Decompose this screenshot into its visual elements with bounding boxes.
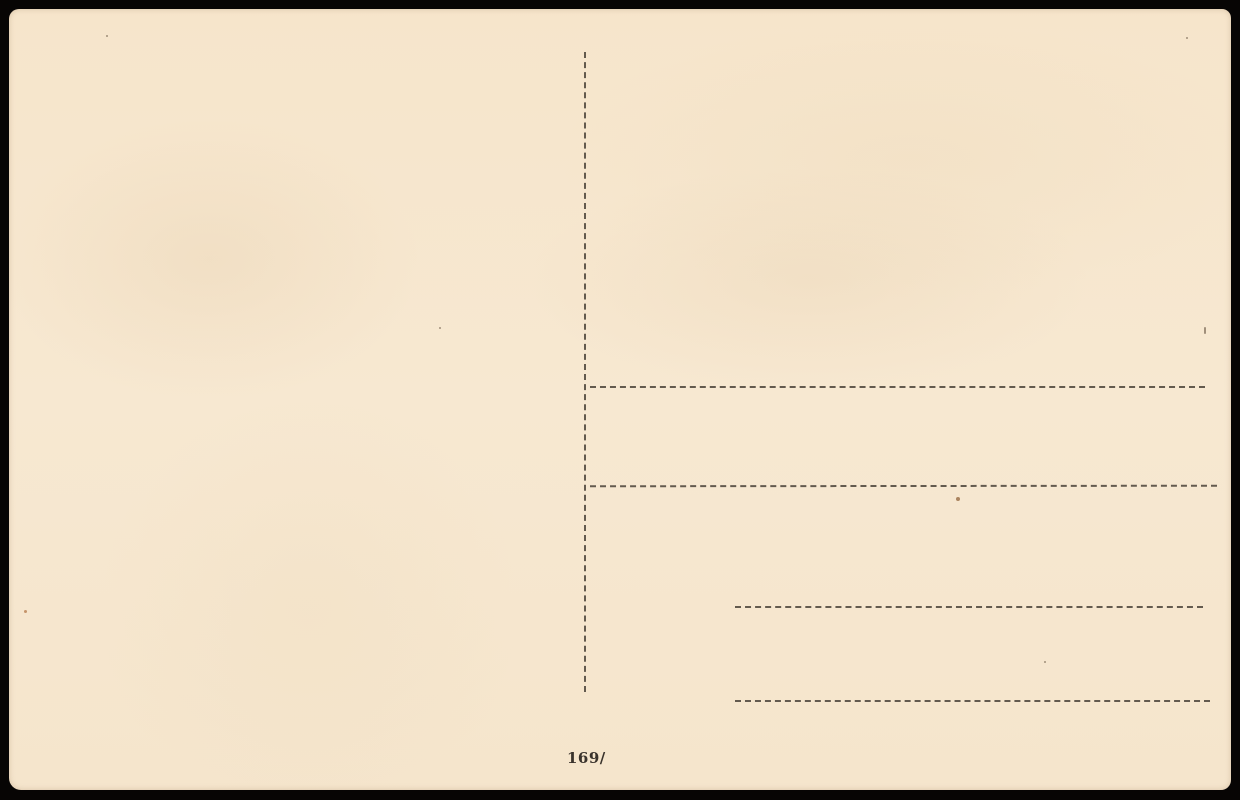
paper-speck: [106, 35, 108, 37]
catalog-number: 169/: [567, 749, 606, 767]
postcard-back: 169/: [9, 9, 1231, 790]
paper-speck: [956, 497, 960, 501]
paper-speck: [439, 327, 441, 329]
center-divider-line: [584, 52, 586, 692]
paper-speck: [1186, 37, 1188, 39]
paper-speck: [1044, 661, 1046, 663]
postcard-scan: 169/: [0, 0, 1240, 800]
paper-speck: [1204, 327, 1206, 334]
address-line-1: [590, 386, 1205, 388]
address-line-2: [590, 485, 1217, 488]
address-line-4: [735, 700, 1210, 702]
paper-speck: [24, 610, 27, 613]
address-line-3: [735, 606, 1203, 608]
